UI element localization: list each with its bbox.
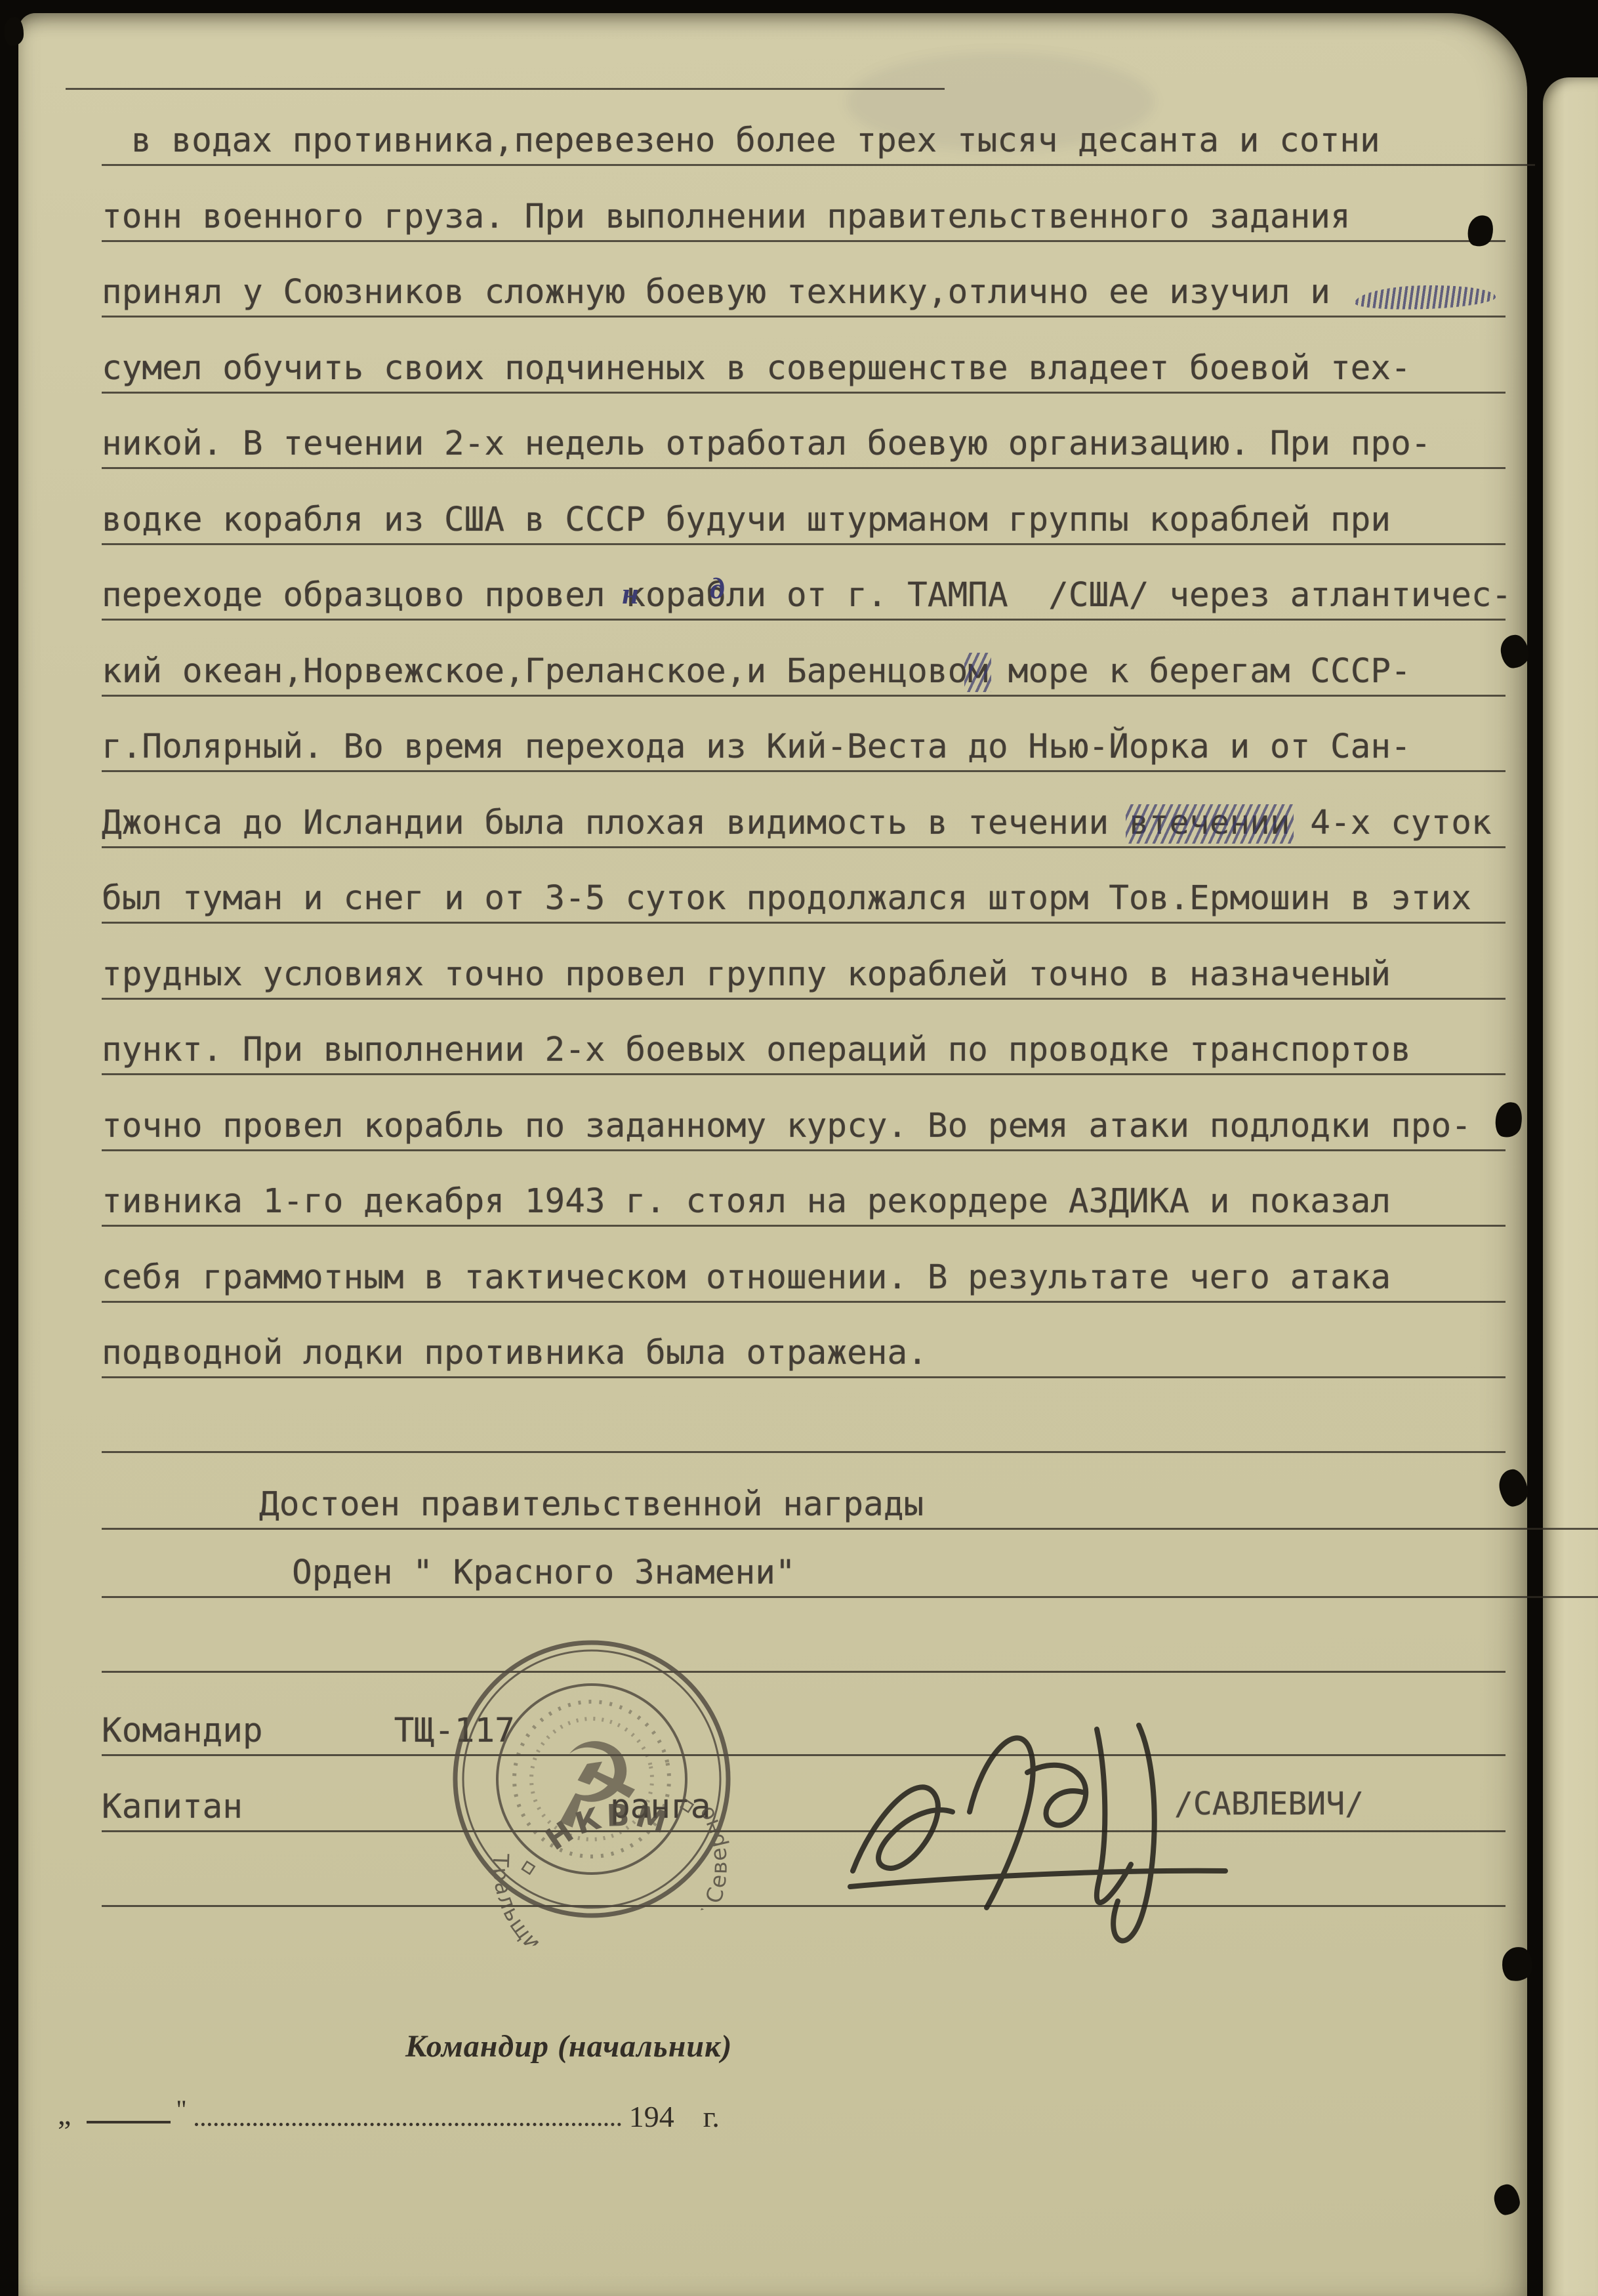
dotted-month-line (195, 2123, 621, 2126)
typed-line: тивника 1-го декабря 1943 г. стоял на ре… (102, 1178, 1506, 1227)
typed-text: кий океан,Норвежское,Греланское,и Баренц… (102, 653, 968, 695)
round-seal-stamp: Тральщик №117 Отр-а ТЩ Северного Флота Н… (413, 1600, 771, 1958)
handwritten-insert-letter: д (710, 571, 725, 605)
handwritten-insert-letter: н (622, 576, 639, 611)
year-prefix: 194 (629, 2099, 674, 2134)
award-line: Достоен правительственной награды (102, 1481, 1598, 1530)
typed-line: Джонса до Исландии была плохая видимость… (102, 799, 1506, 848)
open-quote: „ (58, 2097, 71, 2131)
typed-text: тонн военного груза. При выполнении прав… (102, 198, 1351, 240)
ruled-line (102, 1858, 1506, 1907)
ruled-line (102, 1404, 1506, 1453)
scanned-award-document: { "document": { "body_lines": [ "в водах… (0, 0, 1598, 2296)
typed-text: себя граммотным в тактическом отношении.… (102, 1259, 1391, 1301)
close-quote: " (176, 2094, 186, 2125)
typed-line: переходе образцово провел корабли от г. … (102, 571, 1506, 621)
typed-text: трудных условиях точно провел группу кор… (102, 956, 1391, 998)
typed-line: кий океан,Норвежское,Греланское,и Баренц… (102, 647, 1506, 697)
struck-out-text: м (968, 653, 988, 695)
typed-text: Орден " Красного Знамени" (292, 1554, 796, 1596)
typed-text: сумел обучить своих подчиненых в соверше… (102, 350, 1411, 392)
typed-line: был туман и снег и от 3-5 суток продолжа… (102, 874, 1506, 924)
typed-text: принял у Союзников сложную боевую техник… (102, 274, 1351, 316)
typed-text: море к берегам СССР- (988, 653, 1411, 695)
typed-text: Капитан (102, 1788, 243, 1830)
typed-text: Достоен правительственной награды (259, 1486, 924, 1528)
typed-line: водке корабля из США в СССР будучи штурм… (102, 496, 1506, 545)
typed-text: точно провел корабль по заданному курсу.… (102, 1107, 1471, 1149)
award-line: Орден " Красного Знамени" (102, 1549, 1598, 1598)
typed-line: точно провел корабль по заданному курсу.… (102, 1102, 1506, 1151)
typed-line: подводной лодки противника была отражена… (102, 1329, 1506, 1378)
typed-line: тонн военного груза. При выполнении прав… (102, 193, 1506, 242)
typed-line: себя граммотным в тактическом отношении.… (102, 1254, 1506, 1303)
typed-line: никой. В течении 2-х недель отработал бо… (102, 420, 1506, 469)
typed-text: тивника 1-го декабря 1943 г. стоял на ре… (102, 1183, 1391, 1225)
ruled-line (66, 41, 945, 90)
typed-text: Командир (102, 1712, 263, 1754)
signer-surname: /САВЛЕВИЧ/ (1174, 1786, 1364, 1822)
typed-line: в водах противника,перевезено более трех… (102, 117, 1535, 166)
typed-line: принял у Союзников сложную боевую техник… (102, 268, 1506, 318)
typed-text: подводной лодки противника была отражена… (102, 1334, 928, 1376)
typed-text: 4-х суток (1290, 804, 1492, 846)
ink-scribble (1354, 283, 1496, 311)
typed-text: пункт. При выполнении 2-х боевых операци… (102, 1031, 1411, 1073)
typed-text: водке корабля из США в СССР будучи штурм… (102, 501, 1391, 543)
year-suffix: г. (703, 2099, 720, 2134)
typed-text: переходе образцово провел корабли от г. … (102, 577, 1511, 619)
next-page-edge (1543, 77, 1598, 2296)
typed-text: никой. В течении 2-х недель отработал бо… (102, 425, 1431, 467)
typed-text: был туман и снег и от 3-5 суток продолжа… (102, 880, 1471, 922)
signer-role-line: КомандирТЩ-117 (102, 1707, 1506, 1756)
struck-out-text: втечении (1129, 804, 1290, 846)
ruled-line (102, 1624, 1506, 1673)
typed-text: г.Полярный. Во время перехода из Кий-Вес… (102, 728, 1411, 770)
typed-text: в водах противника,перевезено более трех… (131, 122, 1380, 164)
typed-line: г.Полярный. Во время перехода из Кий-Вес… (102, 723, 1506, 772)
typed-line: пункт. При выполнении 2-х боевых операци… (102, 1026, 1506, 1075)
blank-day-line (87, 2121, 171, 2123)
typed-line: трудных условиях точно провел группу кор… (102, 951, 1506, 1000)
footer-role-label: Командир (начальник) (405, 2028, 732, 2064)
footer-date-line: „ " 194 г. (58, 2099, 720, 2134)
typed-line: сумел обучить своих подчиненых в соверше… (102, 344, 1506, 394)
typed-text: Джонса до Исландии была плохая видимость… (102, 804, 1129, 846)
paper-tear (4, 17, 24, 46)
